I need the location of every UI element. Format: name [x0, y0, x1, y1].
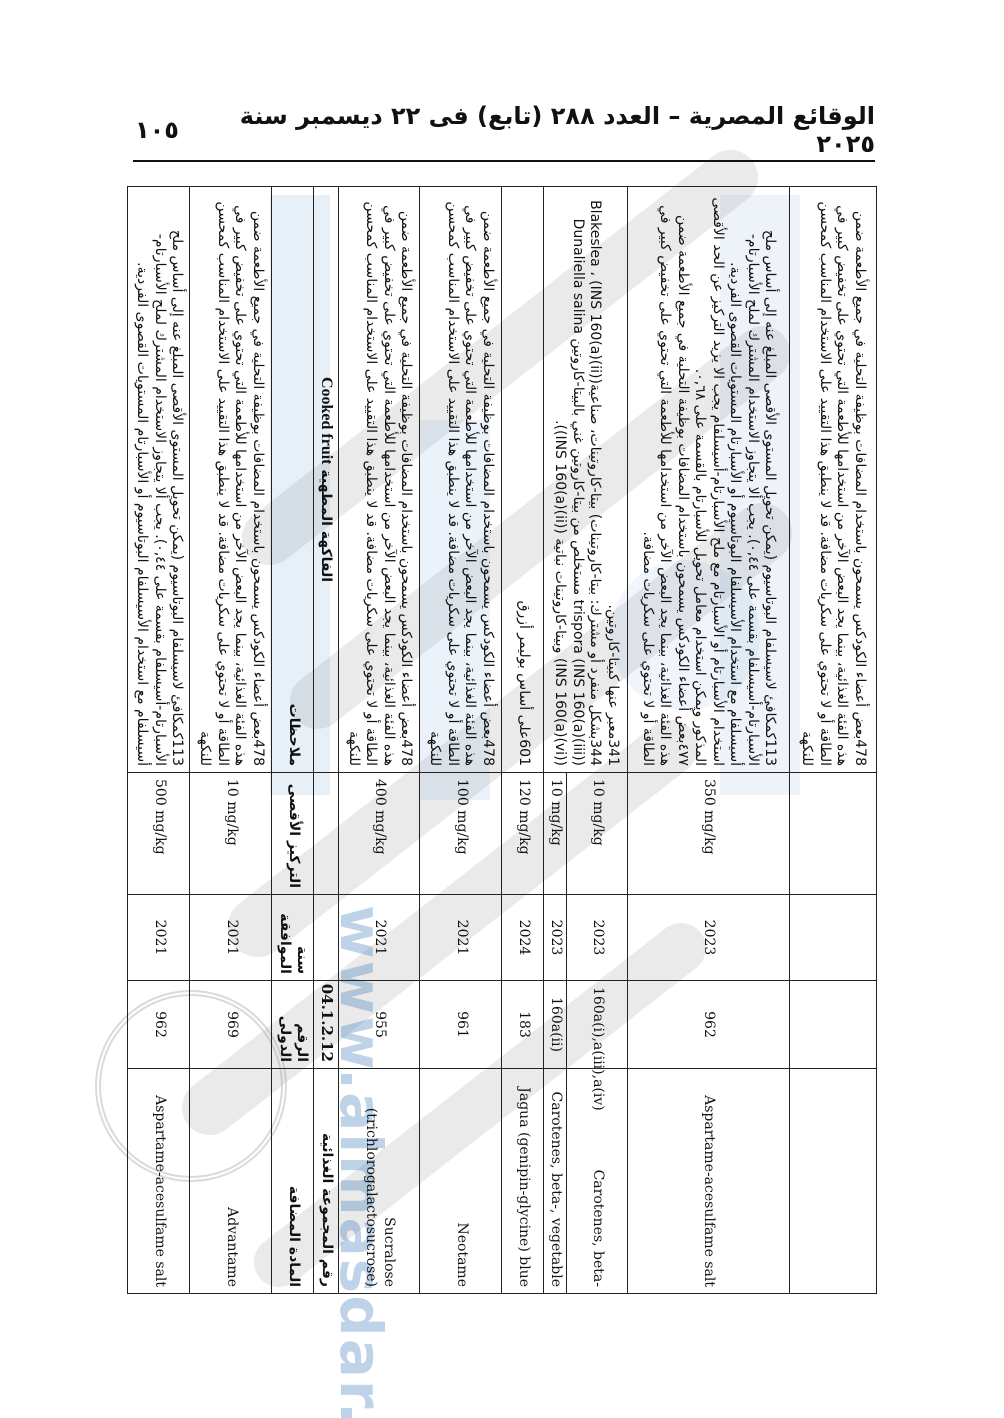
header-row: المادة المضافةالرقم الدولىسنة الموافقةال… — [272, 187, 314, 1294]
note-text: ٤٧٧بعض أعضاء الكودكس يسمحون باستخدام الم… — [639, 193, 692, 766]
food-group-number-cell: رقم المجموعة الغذائية — [314, 1069, 339, 1294]
max-level: 500 mg/kg — [128, 773, 190, 895]
note-text: 478بعض أعضاء الكودكس يسمحون باستخدام الم… — [345, 193, 415, 766]
ins-number: 160a(ii) — [544, 981, 567, 1069]
notes-cell: 341معبر عنها كبيتا-كاروتين.344بشكل منفرد… — [544, 187, 628, 773]
note-text: 113كمكافئ لاسيسلفام البوتاسيوم (يمكن تحو… — [726, 193, 779, 766]
max-level: 120 mg/kg — [502, 773, 544, 895]
food-group-code: 04.1.2.12 — [314, 981, 339, 1069]
ins-number: 961 — [420, 981, 502, 1069]
ins-number: 955 — [339, 981, 420, 1069]
food-group-name-ar: الفاكهة المطهية — [319, 465, 335, 583]
approval-year: 2021 — [339, 895, 420, 981]
table-row: 478بعض أعضاء الكودكس يسمحون باستخدام الم… — [790, 187, 877, 1294]
page-number: ١٠٥ — [135, 116, 179, 144]
additive-name: Aspartame-acesulfame salt — [128, 1069, 190, 1294]
empty-cell — [314, 895, 339, 981]
max-level: 10 mg/kg — [544, 773, 567, 895]
max-level — [790, 773, 877, 895]
food-group-name-en: Cooked fruit — [319, 377, 336, 465]
notes-cell: 113كمكافئ لاسيسلفام البوتاسيوم (يمكن تحو… — [128, 187, 190, 773]
additive-name — [790, 1069, 877, 1294]
notes-cell: 113كمكافئ لاسيسلفام البوتاسيوم (يمكن تحو… — [628, 187, 790, 773]
note-text: 344بشكل منفرد أو مشترك: بيتا-كاروتينات) … — [551, 193, 604, 766]
ins-number — [790, 981, 877, 1069]
header-divider — [133, 160, 875, 162]
food-group-label: رقم المجموعة الغذائية — [319, 1133, 335, 1287]
notes-cell: 478بعض أعضاء الكودكس يسمحون باستخدام الم… — [420, 187, 502, 773]
note-text: 113كمكافئ لاسيسلفام البوتاسيوم (يمكن تحو… — [133, 193, 186, 766]
food-group-name-cell: الفاكهة المطهية Cooked fruit — [314, 187, 339, 773]
ins-number: 962 — [628, 981, 790, 1069]
note-text: استخدام الأسبارتام أو الأسبارتام مع ملح … — [691, 193, 726, 766]
table-row: Aspartame-acesulfame salt9622023350 mg/k… — [628, 187, 790, 1294]
notes-cell: 601على أساس بوليمر أزرق — [502, 187, 544, 773]
notes-cell: 478بعض أعضاء الكودكس يسمحون باستخدام الم… — [790, 187, 877, 773]
page-title: الوقائع المصرية – العدد ٢٨٨ (تابع) فى ٢٢… — [179, 102, 875, 158]
additive-name: Sucralose (trichlorogalactosucrose) — [339, 1069, 420, 1294]
food-group-number: 04.1.2.12 — [318, 984, 336, 1062]
note-text: 478بعض أعضاء الكودكس يسمحون باستخدام الم… — [798, 193, 868, 766]
max-level: 10 mg/kg — [567, 773, 628, 895]
additive-name: Neotame — [420, 1069, 502, 1294]
table-row: Sucralose (trichlorogalactosucrose)95520… — [339, 187, 420, 1294]
header-additive: المادة المضافة — [272, 1069, 314, 1294]
note-text: 341معبر عنها كبيتا-كاروتين. — [603, 193, 621, 766]
additive-name: Carotenes, beta-, vegetable — [544, 1069, 567, 1294]
approval-year: 2023 — [544, 895, 567, 981]
note-text: 478بعض أعضاء الكودكس يسمحون باستخدام الم… — [426, 193, 496, 766]
header-notes: ملاحظات — [272, 187, 314, 773]
ins-number: 183 — [502, 981, 544, 1069]
header-ins: الرقم الدولى — [272, 981, 314, 1069]
max-level: 100 mg/kg — [420, 773, 502, 895]
note-text: 478بعض أعضاء الكودكس يسمحون باستخدام الم… — [196, 193, 266, 766]
food-group-name: الفاكهة المطهية Cooked fruit — [319, 377, 334, 582]
table-row: Advantame969202110 mg/kg478بعض أعضاء الك… — [190, 187, 272, 1294]
max-level: 350 mg/kg — [628, 773, 790, 895]
approval-year: 2021 — [190, 895, 272, 981]
additives-table: 478بعض أعضاء الكودكس يسمحون باستخدام الم… — [128, 186, 878, 1294]
page-header: الوقائع المصرية – العدد ٢٨٨ (تابع) فى ٢٢… — [135, 110, 875, 150]
approval-year: 2021 — [128, 895, 190, 981]
max-level: 400 mg/kg — [339, 773, 420, 895]
notes-cell: 478بعض أعضاء الكودكس يسمحون باستخدام الم… — [190, 187, 272, 773]
additives-table-container: 478بعض أعضاء الكودكس يسمحون باستخدام الم… — [133, 186, 877, 1293]
approval-year — [790, 895, 877, 981]
table-row: Jagua (genipin-glycine) blue1832024120 m… — [502, 187, 544, 1294]
max-level: 10 mg/kg — [190, 773, 272, 895]
table-row: Neotame9612021100 mg/kg478بعض أعضاء الكو… — [420, 187, 502, 1294]
approval-year: 2023 — [628, 895, 790, 981]
approval-year: 2024 — [502, 895, 544, 981]
additive-name: Jagua (genipin-glycine) blue — [502, 1069, 544, 1294]
table-row: Carotenes, beta-160a(i),a(iii),a(iv)2023… — [567, 187, 628, 1294]
ins-number: 160a(i),a(iii),a(iv) — [567, 981, 628, 1069]
additive-name: Aspartame-acesulfame salt — [628, 1069, 790, 1294]
notes-cell: 478بعض أعضاء الكودكس يسمحون باستخدام الم… — [339, 187, 420, 773]
food-group-row: رقم المجموعة الغذائية04.1.2.12الفاكهة ال… — [314, 187, 339, 1294]
note-text: 601على أساس بوليمر أزرق — [514, 193, 532, 766]
approval-year: 2023 — [567, 895, 628, 981]
additive-name: Advantame — [190, 1069, 272, 1294]
ins-number: 962 — [128, 981, 190, 1069]
header-max-level: التركيز الأقصى — [272, 773, 314, 895]
ins-number: 969 — [190, 981, 272, 1069]
table-row: Aspartame-acesulfame salt9622021500 mg/k… — [128, 187, 190, 1294]
approval-year: 2021 — [420, 895, 502, 981]
empty-cell — [314, 773, 339, 895]
header-year: سنة الموافقة — [272, 895, 314, 981]
